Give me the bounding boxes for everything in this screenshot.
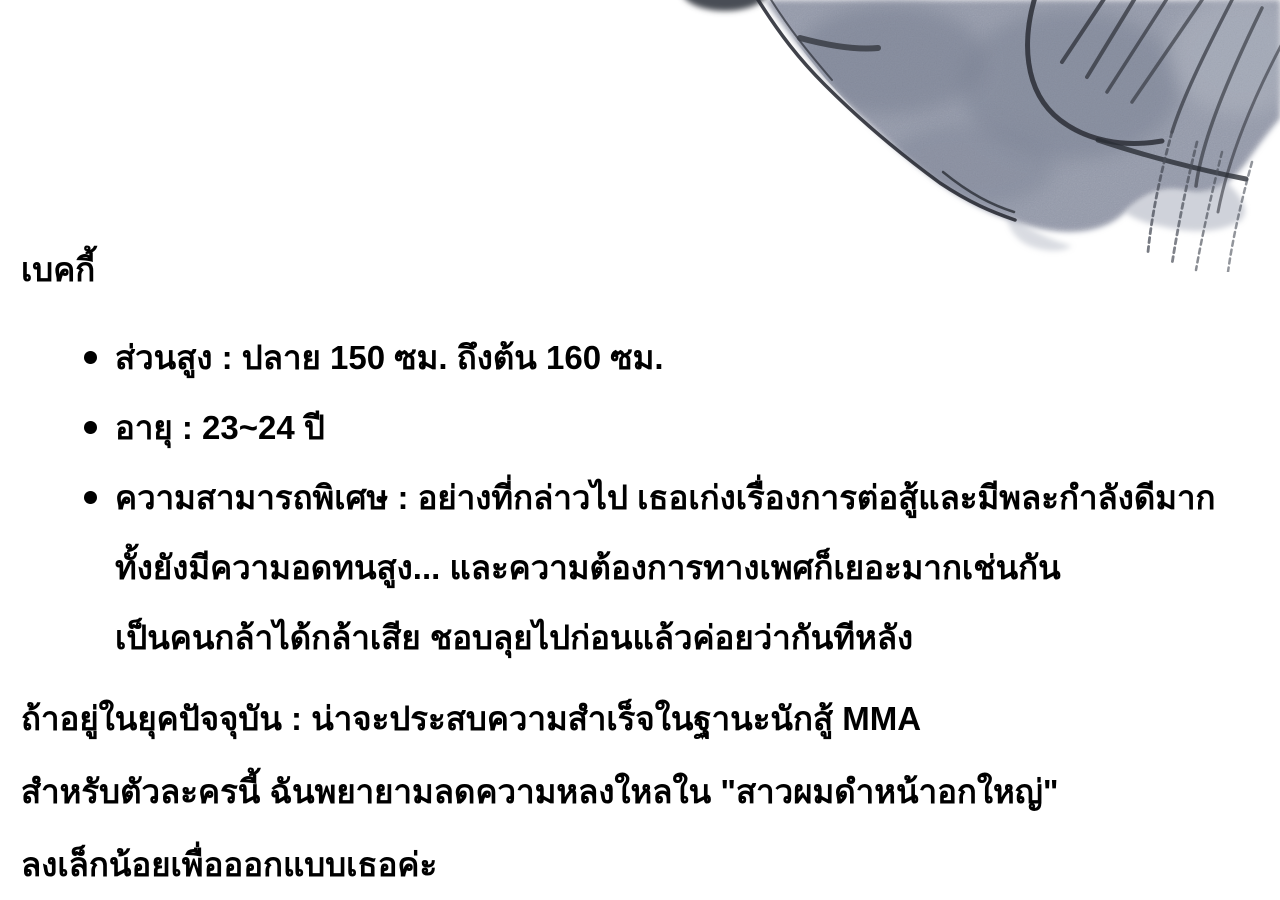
character-detail-list: ส่วนสูง : ปลาย 150 ซม. ถึงต้น 160 ซม. อา… [84,322,1216,672]
list-item: อายุ : 23~24 ปี [84,392,1216,462]
bullet-point-icon [84,421,97,434]
list-item-text: อายุ : 23~24 ปี [115,401,325,454]
list-item: ส่วนสูง : ปลาย 150 ซม. ถึงต้น 160 ซม. [84,322,1216,392]
list-item-text: ส่วนสูง : ปลาย 150 ซม. ถึงต้น 160 ซม. [115,331,664,384]
list-item-continuation: ทั้งยังมีความอดทนสูง... และความต้องการทา… [84,532,1216,602]
ink-sketch-artwork [640,0,1280,272]
list-item-line: ความสามารถพิเศษ : อย่างที่กล่าวไป เธอเก่… [84,462,1216,532]
list-item-text: ความสามารถพิเศษ : อย่างที่กล่าวไป เธอเก่… [115,471,1216,524]
character-name-heading: เบคกี้ [21,240,95,300]
author-note-paragraph: ถ้าอยู่ในยุคปัจจุบัน : น่าจะประสบความสำเ… [21,682,1059,900]
paragraph-line: ถ้าอยู่ในยุคปัจจุบัน : น่าจะประสบความสำเ… [21,682,1059,755]
bullet-point-icon [84,351,97,364]
bullet-point-icon [84,491,97,504]
paragraph-line: ลงเล็กน้อยเพื่อออกแบบเธอค่ะ [21,828,1059,900]
list-item: ความสามารถพิเศษ : อย่างที่กล่าวไป เธอเก่… [84,462,1216,672]
list-item-continuation: เป็นคนกล้าได้กล้าเสีย ชอบลุยไปก่อนแล้วค่… [84,602,1216,672]
paragraph-line: สำหรับตัวละครนี้ ฉันพยายามลดความหลงใหลใน… [21,755,1059,828]
paper-grain-texture [640,0,1280,272]
cropped-dark-blob [681,0,769,11]
ink-sketch-drawing [640,0,1280,272]
